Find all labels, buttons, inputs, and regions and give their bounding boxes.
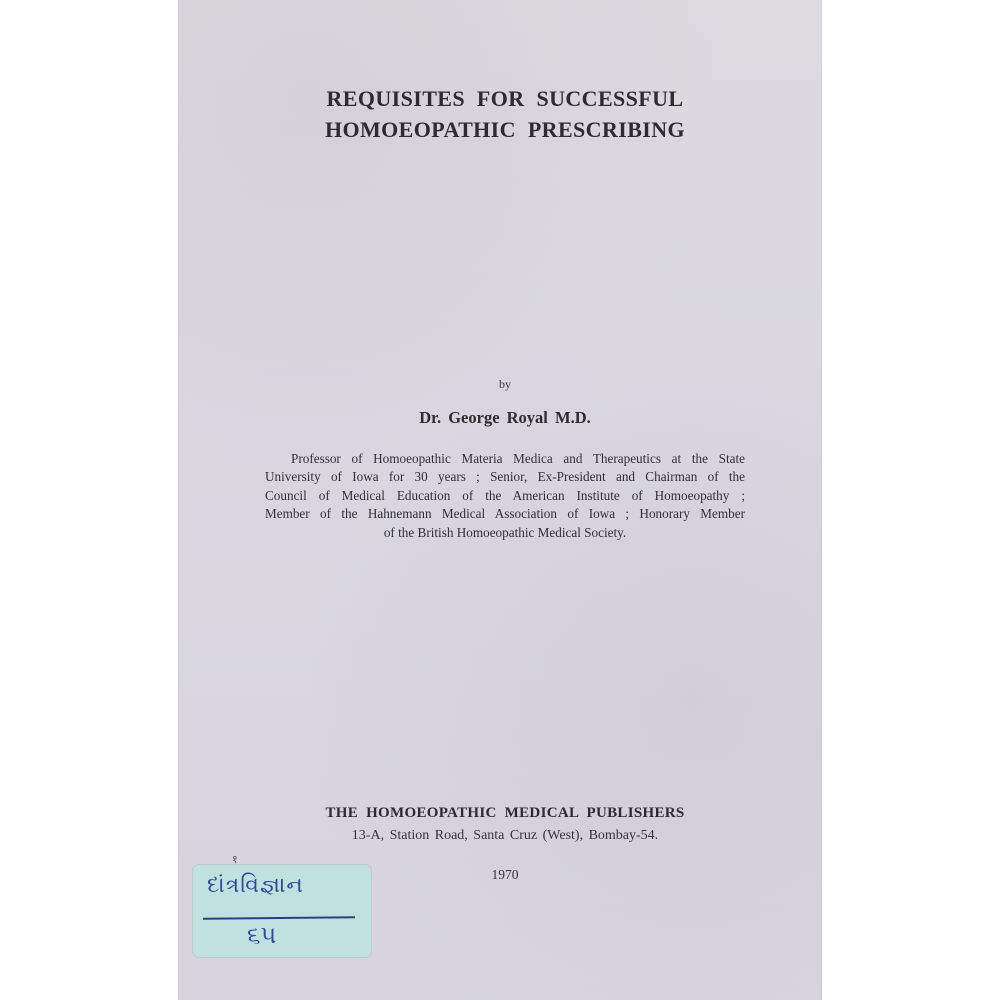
handwritten-number: ૬૫: [247, 921, 276, 949]
by-label: by: [178, 377, 832, 392]
book-cover: REQUISITES FOR SUCCESSFUL HOMOEOPATHIC P…: [178, 0, 822, 1000]
author-name: Dr. George Royal M.D.: [178, 408, 832, 428]
author-bio: Professor of Homoeopathic Materia Medica…: [265, 450, 745, 542]
bio-line: of the British Homoeopathic Medical Soci…: [265, 524, 745, 542]
bio-line: University of Iowa for 30 years ; Senior…: [265, 468, 745, 486]
handwritten-subject: દાંત્રવિજ્ઞાન: [207, 873, 304, 898]
library-sticker: દાંત્રવિજ્ઞાન ૬૫: [193, 865, 371, 957]
book-title: REQUISITES FOR SUCCESSFUL HOMOEOPATHIC P…: [178, 83, 832, 145]
publisher-name: THE HOMOEOPATHIC MEDICAL PUBLISHERS: [178, 805, 832, 822]
handwritten-divider: [203, 916, 355, 920]
bio-line: Member of the Hahnemann Medical Associat…: [265, 505, 745, 523]
bio-line: Professor of Homoeopathic Materia Medica…: [265, 450, 745, 468]
title-line-1: REQUISITES FOR SUCCESSFUL: [178, 83, 832, 114]
title-line-2: HOMOEOPATHIC PRESCRIBING: [178, 114, 832, 145]
bio-line: Council of Medical Education of the Amer…: [265, 487, 745, 505]
publisher-address: 13-A, Station Road, Santa Cruz (West), B…: [178, 828, 832, 844]
